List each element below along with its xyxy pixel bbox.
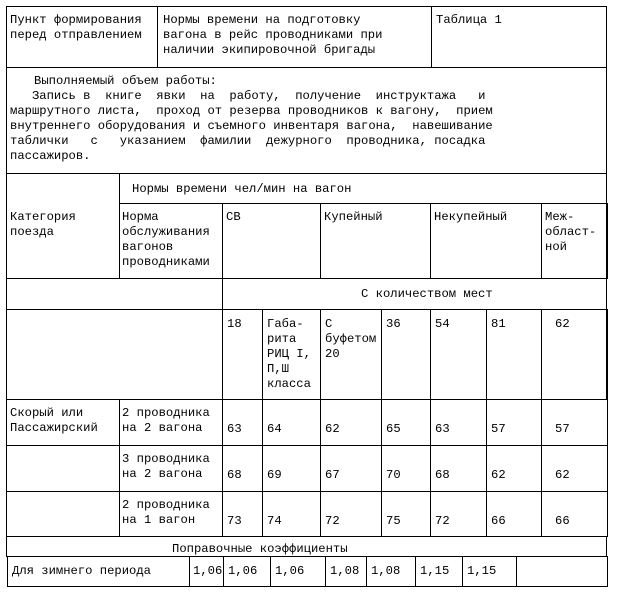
time-value: 62 [491, 468, 506, 483]
seat-count-label: Габа- рита РИЦ I, П,Ш класса [267, 317, 311, 392]
work-text: Запись в книге явки на работу, получение… [10, 89, 493, 164]
time-value: 73 [227, 514, 242, 529]
time-value: 69 [267, 468, 282, 483]
time-value: 68 [227, 468, 242, 483]
time-value: 68 [435, 468, 450, 483]
header-location: Пункт формирования перед отправлением [10, 13, 142, 43]
category-header: Категория поезда [10, 210, 76, 240]
winter-coef: 1,15 [420, 564, 449, 579]
seat-count-label: 54 [435, 317, 450, 332]
header-title: Нормы времени на подготовку вагона в рей… [163, 13, 382, 58]
time-value: 57 [491, 422, 506, 437]
time-value-cell [541, 445, 608, 492]
seat-count-label: 36 [386, 317, 401, 332]
winter-coef: 1,06 [275, 564, 304, 579]
winter-coef: 1,15 [467, 564, 496, 579]
time-value: 72 [325, 514, 340, 529]
winter-coef: 1,08 [330, 564, 359, 579]
winter-coef: 1,06 [228, 564, 257, 579]
time-value: 63 [435, 422, 450, 437]
seat-count-label: 62 [555, 317, 570, 332]
train-category: Скорый или Пассажирский [10, 406, 98, 436]
time-value: 70 [386, 468, 401, 483]
winter-coef: 1,06 [193, 564, 222, 579]
time-value: 66 [555, 514, 570, 529]
wagon-type-label: Купейный [324, 210, 383, 225]
service-norm: 2 проводника на 1 вагон [122, 498, 210, 528]
seat-count-cell [541, 309, 608, 400]
winter-label: Для зимнего периода [12, 564, 151, 579]
time-value: 63 [227, 422, 242, 437]
service-header: Норма обслуживания вагонов проводниками [122, 210, 210, 270]
category-cell [6, 491, 120, 537]
wagon-type-label: СВ [226, 210, 241, 225]
table-number: Таблица 1 [436, 13, 502, 28]
seats-label: С количеством мест [361, 287, 493, 302]
time-value-cell [541, 491, 608, 537]
category-cell [6, 445, 120, 492]
wagon-type-label: Меж- област- ной [545, 210, 596, 255]
service-norm: 2 проводника на 2 вагона [122, 406, 210, 436]
time-value: 74 [267, 514, 282, 529]
work-heading: Выполняемый объем работы: [34, 74, 217, 89]
time-value: 75 [386, 514, 401, 529]
time-value: 62 [325, 422, 340, 437]
wagon-type-label: Некупейный [434, 210, 507, 225]
winter-coef: 1,08 [371, 564, 400, 579]
seat-count-label: 18 [227, 317, 242, 332]
seat-count-label: 81 [491, 317, 506, 332]
seat-count-label: С буфетом 20 [325, 317, 376, 362]
time-value: 57 [555, 422, 570, 437]
coef-label: Поправочные коэффициенты [172, 542, 348, 557]
norms-header: Нормы времени чел/мин на вагон [132, 182, 351, 197]
time-value: 65 [386, 422, 401, 437]
time-value: 72 [435, 514, 450, 529]
time-value-cell [541, 399, 608, 446]
time-value: 66 [491, 514, 506, 529]
time-value: 62 [555, 468, 570, 483]
service-norm: 3 проводника на 2 вагона [122, 452, 210, 482]
time-value: 67 [325, 468, 340, 483]
time-value: 64 [267, 422, 282, 437]
